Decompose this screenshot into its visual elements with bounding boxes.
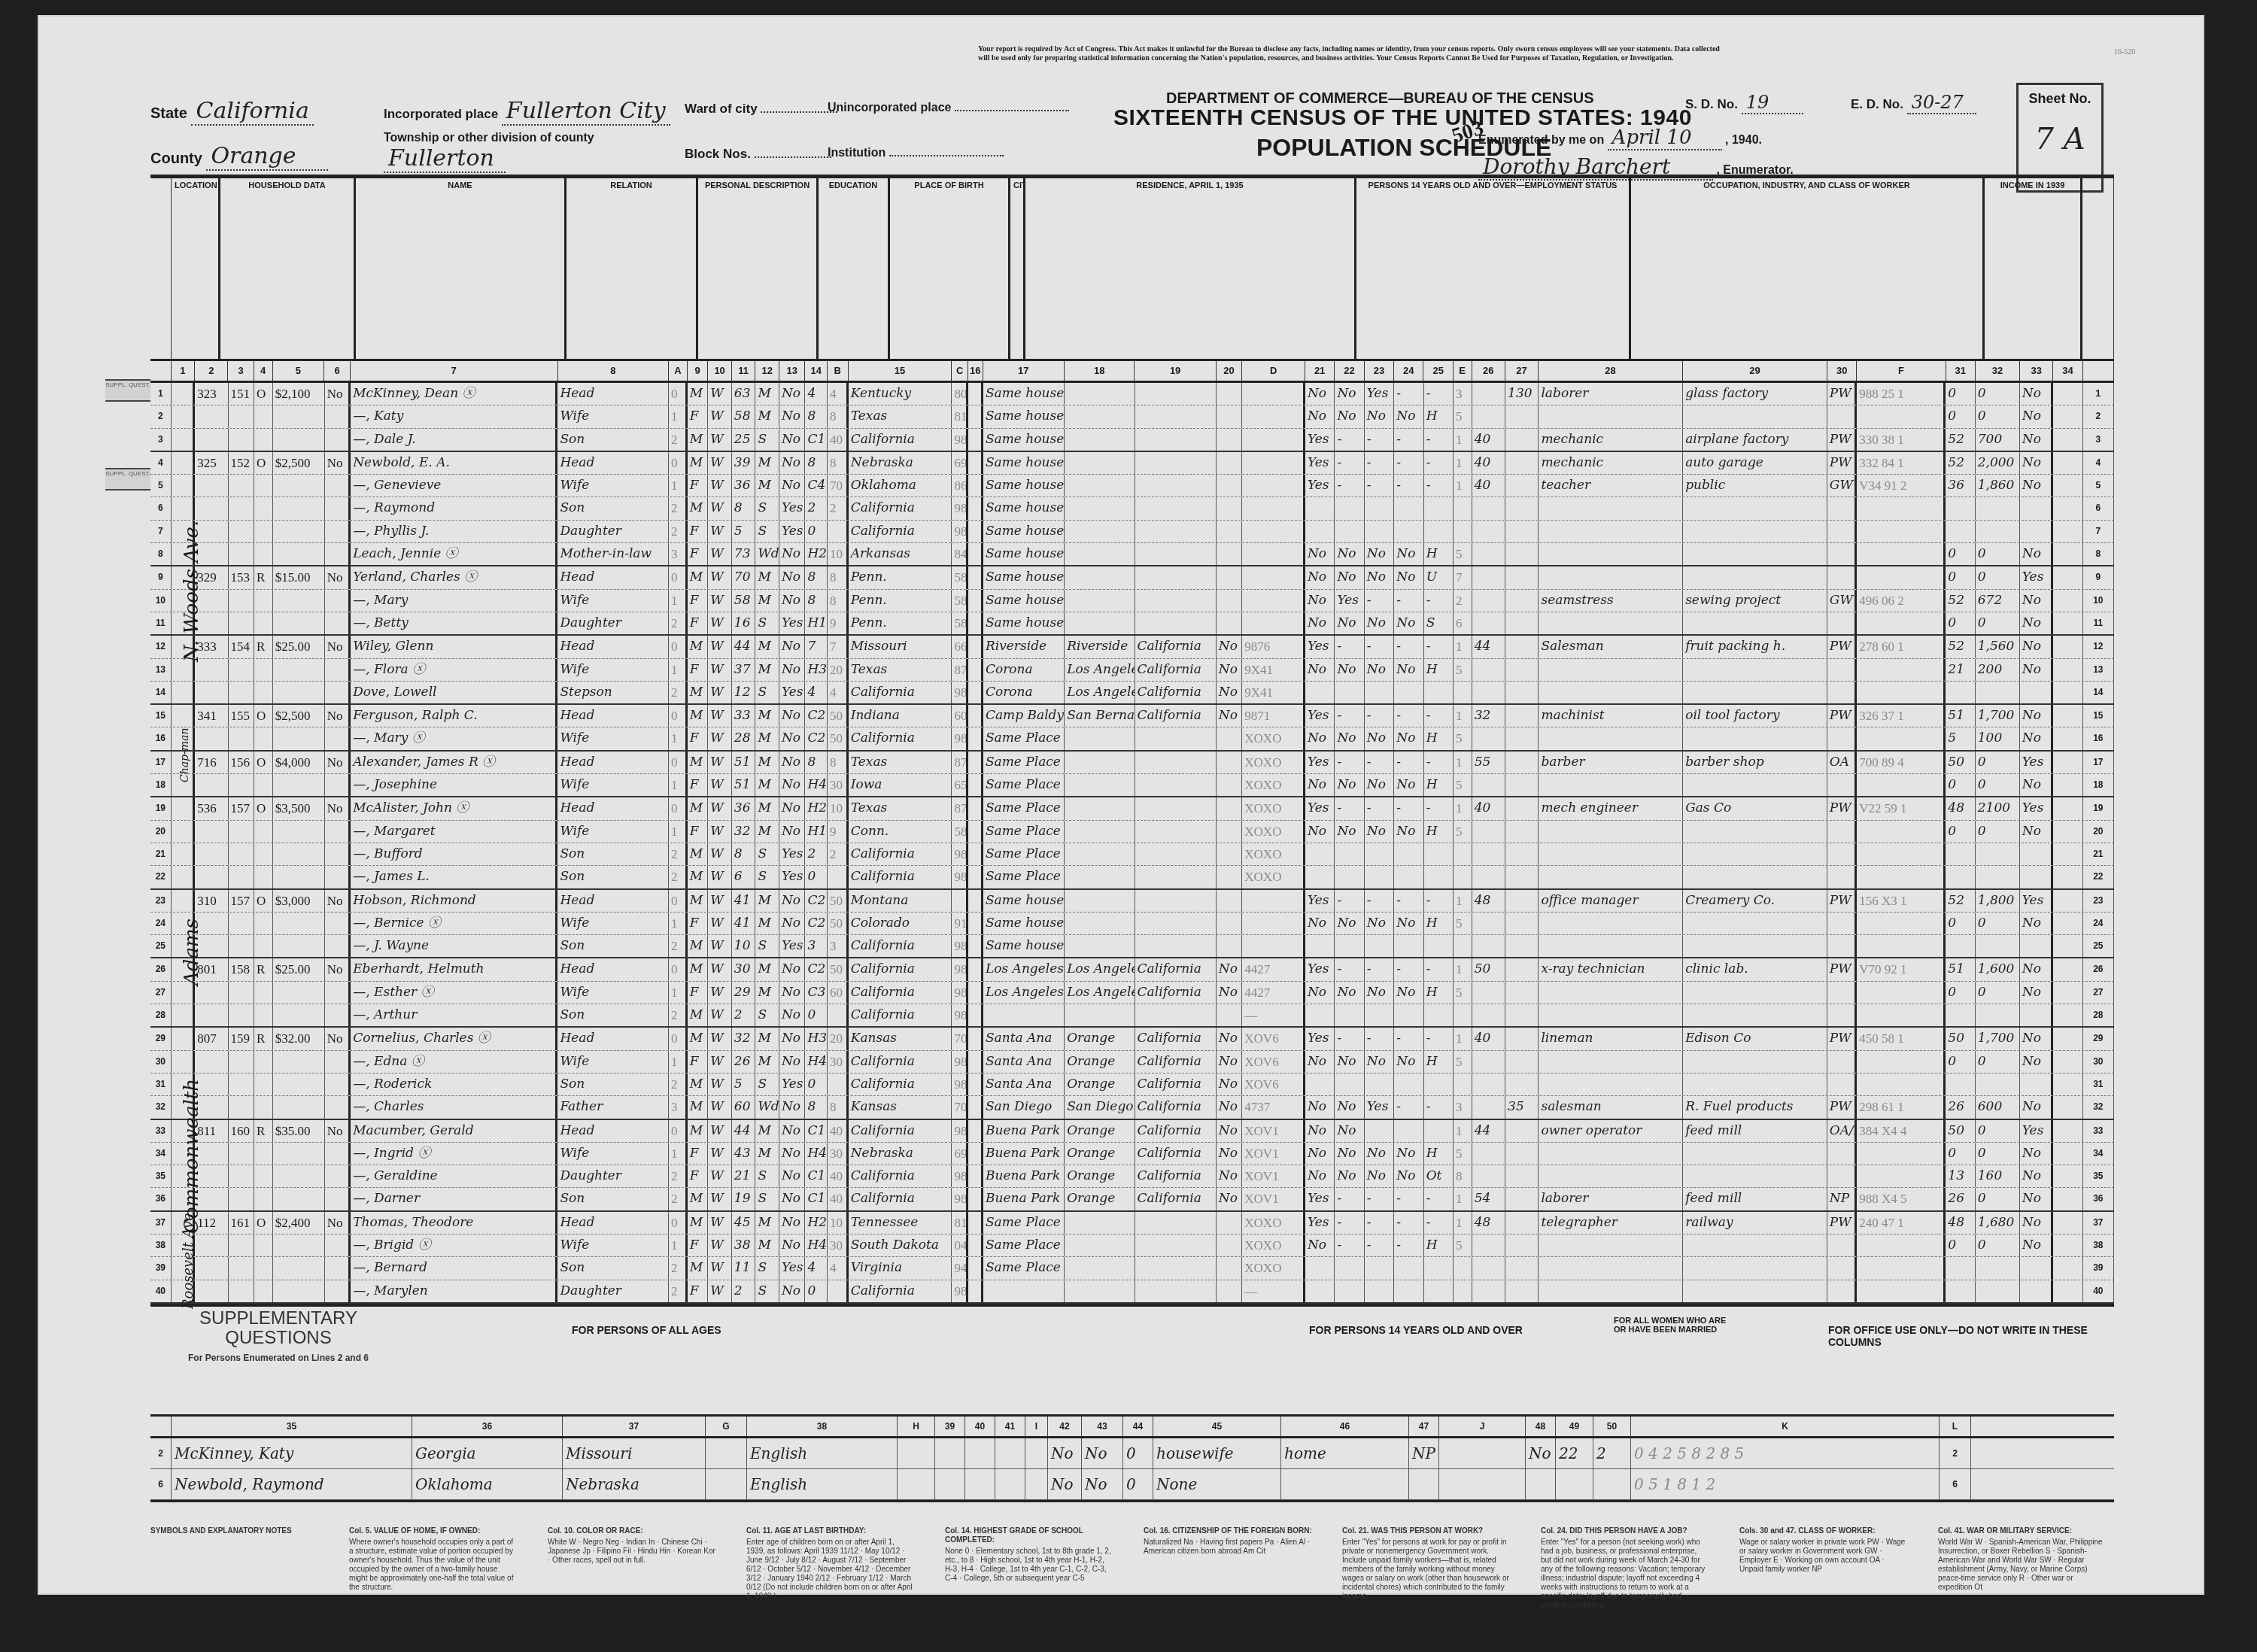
cell-cls: GW	[1827, 475, 1857, 497]
cell-age: 63	[732, 383, 756, 405]
table-row: 32—, CharlesFather3MW60WdNo88Kansas70San…	[150, 1096, 2114, 1119]
cell-value: $3,500	[273, 797, 325, 819]
cell-b	[828, 1073, 849, 1095]
cell-c27	[1505, 1073, 1539, 1095]
cell-mar: S	[755, 935, 779, 957]
cell-grade: 8	[805, 452, 828, 474]
cell-c25: -	[1424, 590, 1454, 612]
line-number: 38	[150, 1234, 172, 1256]
cell-birth: Indiana	[849, 705, 952, 727]
cell-c31: 21	[1946, 659, 1975, 681]
cell-e: 1	[1454, 452, 1472, 474]
cell-occ	[1539, 497, 1683, 519]
cell-hh	[229, 659, 255, 681]
cell-c26	[1472, 1073, 1505, 1095]
cell-ind	[1683, 1165, 1827, 1187]
cell-a: 1	[669, 590, 688, 612]
cell-hh	[229, 1280, 255, 1302]
cell-f: 156 X3 1	[1857, 890, 1946, 912]
cell-res18: Orange	[1065, 1188, 1135, 1210]
cell-ind	[1683, 1234, 1827, 1256]
cell-res18	[1065, 890, 1135, 912]
cell-race: W	[708, 752, 732, 773]
cell-cit	[968, 429, 983, 451]
cell-d: XOXO	[1242, 1257, 1305, 1279]
cell-a: 1	[669, 405, 688, 427]
cell-c32: 100	[1976, 727, 2020, 749]
cell-res19: California	[1135, 659, 1217, 681]
cell-occ	[1539, 1143, 1683, 1165]
supp-column-number: 39	[935, 1417, 965, 1436]
cell-birth: Virginia	[849, 1257, 952, 1279]
sd-label: S. D. No.	[1685, 97, 1738, 111]
cell-sex: M	[688, 1096, 709, 1118]
cell-c32: 0	[1976, 774, 2020, 796]
line-number: 26	[150, 958, 172, 980]
cell-f	[1857, 521, 1946, 542]
all-ages-heading: FOR PERSONS OF ALL AGES	[572, 1324, 721, 1336]
note-block: Col. 11. AGE AT LAST BIRTHDAY:Enter age …	[746, 1527, 915, 1572]
cell-occ	[1539, 866, 1683, 888]
cell-res17	[983, 1004, 1065, 1026]
cell-c21: No	[1305, 1234, 1335, 1256]
column-number: 12	[755, 361, 779, 381]
cell-res20	[1217, 843, 1243, 865]
cell-c: 70	[952, 1028, 968, 1049]
column-number: 19	[1135, 361, 1216, 381]
cell-res18	[1065, 935, 1135, 957]
cell-e: 1	[1454, 890, 1472, 912]
cell-c26	[1472, 543, 1505, 565]
cell-birth: Penn.	[849, 590, 952, 612]
cell-c: 58	[952, 612, 968, 634]
cell-farm	[325, 982, 351, 1004]
cell-sch: No	[779, 982, 806, 1004]
cell-cit	[968, 566, 983, 588]
cell-name: —, James L.	[351, 866, 557, 888]
cell-cls	[1827, 497, 1857, 519]
line-number: 40	[150, 1280, 172, 1302]
cell-name: —, Dale J.	[351, 429, 557, 451]
cell-occ: laborer	[1539, 1188, 1683, 1210]
cell-c21: No	[1305, 543, 1335, 565]
cell-hh	[229, 935, 255, 957]
cell-cit	[968, 935, 983, 957]
cell-sex: M	[688, 429, 709, 451]
cell-rel: Head	[557, 890, 668, 912]
cell-cit	[968, 958, 983, 980]
cell-res19: California	[1135, 1096, 1217, 1118]
cell-c21: Yes	[1305, 636, 1335, 657]
cell-res17: Same house	[983, 890, 1065, 912]
cell-c21: No	[1305, 1143, 1335, 1165]
cell-c22: No	[1335, 913, 1364, 934]
cell-sch: No	[779, 1188, 806, 1210]
column-number: 27	[1505, 361, 1539, 381]
cell-c33: Yes	[2020, 752, 2053, 773]
cell-rel: Son	[557, 866, 668, 888]
cell-b: 8	[828, 566, 849, 588]
cell-a: 1	[669, 774, 688, 796]
suppl-quest-marker-line-6: SUPPL. QUEST.	[105, 468, 150, 490]
cell-age: 8	[732, 843, 756, 865]
cell-own	[254, 682, 273, 703]
cell-rel: Head	[557, 383, 668, 405]
table-row: 28—, ArthurSon2MW2SNo0California98—28	[150, 1004, 2114, 1028]
cell-value	[273, 1257, 325, 1279]
sheet-label: Sheet No.	[2019, 91, 2101, 107]
cell-mar: S	[755, 1004, 779, 1026]
cell-res18: San Diego	[1065, 1096, 1135, 1118]
cell-sch: No	[779, 1143, 806, 1165]
cell-race: W	[708, 821, 732, 843]
cell-c23: -	[1365, 475, 1394, 497]
cell-sex: F	[688, 1234, 709, 1256]
cell-c24	[1394, 1280, 1423, 1302]
sd-field: S. D. No. 19	[1685, 92, 1803, 114]
table-row: 12333154R$25.00NoWiley, GlennHead0MW44MN…	[150, 636, 2114, 658]
cell-c: 98	[952, 1188, 968, 1210]
cell-a: 2	[669, 497, 688, 519]
cell-grade: H2	[805, 797, 828, 819]
cell-c22: -	[1335, 452, 1364, 474]
cell-res19: California	[1135, 636, 1217, 657]
cell-rel: Stepson	[557, 682, 668, 703]
cell-blank	[2053, 383, 2082, 405]
line-number: 19	[150, 797, 172, 819]
supp-column-number: I	[1025, 1417, 1048, 1436]
cell-c24: -	[1394, 752, 1423, 773]
cell-c32: 0	[1976, 821, 2020, 843]
cell-c21: No	[1305, 1120, 1335, 1142]
cell-rel: Son	[557, 1004, 668, 1026]
cell-grade: 7	[805, 636, 828, 657]
cell-d: XOV1	[1242, 1165, 1305, 1187]
cell-sex: M	[688, 566, 709, 588]
cell-c31: 52	[1946, 452, 1975, 474]
cell-c25: S	[1424, 612, 1454, 634]
cell-e: 1	[1454, 958, 1472, 980]
cell-rel: Daughter	[557, 1165, 668, 1187]
cell-blank	[2053, 752, 2082, 773]
cell-cls	[1827, 1280, 1857, 1302]
cell-c33: No	[2020, 383, 2053, 405]
cell-e: 5	[1454, 543, 1472, 565]
cell-house: 536	[195, 797, 228, 819]
cell-sex: F	[688, 821, 709, 843]
cell-street	[172, 843, 196, 865]
column-number: 25	[1423, 361, 1453, 381]
cell-c31: 0	[1946, 543, 1975, 565]
cell-age: 21	[732, 1165, 756, 1187]
cell-d	[1242, 612, 1305, 634]
column-number: 33	[2020, 361, 2053, 381]
cell-sex: F	[688, 982, 709, 1004]
cell-d: —	[1242, 1004, 1305, 1026]
cell-res17: Same Place	[983, 1257, 1065, 1279]
cell-c27	[1505, 429, 1539, 451]
cell-age: 10	[732, 935, 756, 957]
cell-birth: California	[849, 935, 952, 957]
cell-birth: California	[849, 727, 952, 749]
line-number: 28	[150, 1004, 172, 1026]
cell-res17: Santa Ana	[983, 1028, 1065, 1049]
cell-c23: No	[1365, 774, 1394, 796]
cell-c25: H	[1424, 1234, 1454, 1256]
cell-d: XOV1	[1242, 1188, 1305, 1210]
cell-c21: No	[1305, 405, 1335, 427]
cell-c32: 1,680	[1976, 1212, 2020, 1234]
cell-res18	[1065, 1257, 1135, 1279]
cell-ind: glass factory	[1683, 383, 1827, 405]
line-number: 20	[2083, 821, 2114, 843]
cell-blank	[2053, 682, 2082, 703]
cell-c33: No	[2020, 1188, 2053, 1210]
cell-res17: Same house	[983, 452, 1065, 474]
cell-c21	[1305, 682, 1335, 703]
line-number: 26	[2083, 958, 2114, 980]
cell-mar: S	[755, 682, 779, 703]
cell-c33: No	[2020, 727, 2053, 749]
line-number: 1	[150, 383, 172, 405]
cell-c23: No	[1365, 821, 1394, 843]
supp-column-number: 38	[747, 1417, 898, 1436]
cell-cit	[968, 1004, 983, 1026]
cell-c23: Yes	[1365, 1096, 1394, 1118]
cell-farm	[325, 913, 351, 934]
cell-hh	[229, 982, 255, 1004]
cell-c: 98	[952, 1165, 968, 1187]
column-number: 20	[1217, 361, 1242, 381]
cell-c26	[1472, 1257, 1505, 1279]
cell-c33: No	[2020, 612, 2053, 634]
cell-value: $2,100	[273, 383, 325, 405]
cell-c27	[1505, 682, 1539, 703]
cell-f	[1857, 497, 1946, 519]
cell-res20	[1217, 1257, 1243, 1279]
cell-sex: M	[688, 1188, 709, 1210]
cell-occ: mechanic	[1539, 452, 1683, 474]
cell-res20	[1217, 935, 1243, 957]
cell-a: 1	[669, 659, 688, 681]
cell-res19	[1135, 543, 1217, 565]
cell-d: XOXO	[1242, 843, 1305, 865]
cell-sch: Yes	[779, 612, 806, 634]
cell-blank	[2053, 774, 2082, 796]
cell-cit	[968, 636, 983, 657]
cell-age: 44	[732, 636, 756, 657]
cell-race: W	[708, 1280, 732, 1302]
supp-column-number: 50	[1593, 1417, 1631, 1436]
cell-c32	[1976, 843, 2020, 865]
cell-c32: 0	[1976, 1051, 2020, 1073]
cell-c24: -	[1394, 636, 1423, 657]
cell-c27	[1505, 543, 1539, 565]
cell-house	[195, 727, 228, 749]
cell-age: 28	[732, 727, 756, 749]
cell-cls: PW	[1827, 705, 1857, 727]
enumerated-field: Enumerated by me on April 10 , 1940.	[1478, 126, 1762, 150]
cell-c31: 26	[1946, 1188, 1975, 1210]
cell-c24: No	[1394, 405, 1423, 427]
cell-d: 4427	[1242, 982, 1305, 1004]
cell-f: 240 47 1	[1857, 1212, 1946, 1234]
cell-mar: M	[755, 1120, 779, 1142]
cell-rel: Daughter	[557, 521, 668, 542]
cell-res17	[983, 1280, 1065, 1302]
line-number: 32	[2083, 1096, 2114, 1118]
table-row: 13—, Flora ⓧWife1FW37MNoH320Texas87Coron…	[150, 659, 2114, 682]
cell-c23	[1365, 1257, 1394, 1279]
cell-c24	[1394, 1257, 1423, 1279]
cell-res20	[1217, 797, 1243, 819]
cell-c26	[1472, 497, 1505, 519]
cell-res18: Orange	[1065, 1143, 1135, 1165]
cell-race: W	[708, 705, 732, 727]
line-number: 10	[150, 590, 172, 612]
supplementary-title: SUPPLEMENTARY QUESTIONS For Persons Enum…	[166, 1309, 391, 1368]
cell-a: 2	[669, 429, 688, 451]
cell-b: 20	[828, 659, 849, 681]
cell-b	[828, 521, 849, 542]
cell-e	[1454, 497, 1472, 519]
cell-farm	[325, 475, 351, 497]
cell-e: 5	[1454, 1051, 1472, 1073]
cell-grade: H4	[805, 774, 828, 796]
line-number: 17	[150, 752, 172, 773]
ed-field: E. D. No. 30-27	[1851, 92, 1976, 114]
cell-c25: -	[1424, 429, 1454, 451]
line-number: 20	[150, 821, 172, 843]
cell-a: 1	[669, 913, 688, 934]
cell-grade: 4	[805, 1257, 828, 1279]
cell-sex: M	[688, 497, 709, 519]
cell-ind	[1683, 497, 1827, 519]
cell-c21: Yes	[1305, 429, 1335, 451]
line-number: 38	[2083, 1234, 2114, 1256]
cell-own	[254, 982, 273, 1004]
cell-farm	[325, 1143, 351, 1165]
cell-own: R	[254, 1120, 273, 1142]
table-row: 35—, GeraldineDaughter2FW21SNoC140Califo…	[150, 1165, 2114, 1188]
cell-b: 50	[828, 727, 849, 749]
supp-cell-j	[1439, 1438, 1526, 1468]
cell-sex: F	[688, 612, 709, 634]
cell-blank	[2053, 429, 2082, 451]
cell-name: —, Flora ⓧ	[351, 659, 557, 681]
cell-c32	[1976, 1257, 2020, 1279]
cell-blank	[2053, 890, 2082, 912]
column-number: 5	[273, 361, 325, 381]
cell-value: $2,500	[273, 705, 325, 727]
cell-race: W	[708, 1212, 732, 1234]
cell-sch: Yes	[779, 521, 806, 542]
supp-cell-g	[706, 1438, 747, 1468]
cell-c32: 0	[1976, 566, 2020, 588]
cell-own	[254, 429, 273, 451]
cell-age: 41	[732, 890, 756, 912]
cell-b: 40	[828, 1120, 849, 1142]
cell-res19: California	[1135, 705, 1217, 727]
cell-d: 9X41	[1242, 659, 1305, 681]
cell-race: W	[708, 1051, 732, 1073]
cell-c21: Yes	[1305, 705, 1335, 727]
cell-c: 98	[952, 958, 968, 980]
cell-c22: No	[1335, 1051, 1364, 1073]
cell-c: 58	[952, 566, 968, 588]
cell-c23: No	[1365, 982, 1394, 1004]
cell-birth: Oklahoma	[849, 475, 952, 497]
cell-mar: Wd	[755, 543, 779, 565]
cell-race: W	[708, 1096, 732, 1118]
cell-res20: No	[1217, 1188, 1243, 1210]
cell-rel: Head	[557, 797, 668, 819]
supp-cell-c50	[1593, 1469, 1631, 1499]
cell-c31: 0	[1946, 612, 1975, 634]
supplementary-table: 353637G38H394041I424344454647J484950KL 2…	[150, 1414, 2114, 1502]
cell-cls: NP	[1827, 1188, 1857, 1210]
cell-birth: California	[849, 843, 952, 865]
cell-c21	[1305, 1280, 1335, 1302]
cell-c22	[1335, 497, 1364, 519]
cell-f	[1857, 1004, 1946, 1026]
cell-blank	[2053, 727, 2082, 749]
cell-value	[273, 429, 325, 451]
cell-sex: M	[688, 383, 709, 405]
cell-value	[273, 521, 325, 542]
cell-c33: No	[2020, 958, 2053, 980]
cell-mar: S	[755, 866, 779, 888]
cell-sch: No	[779, 727, 806, 749]
line-number: 35	[2083, 1165, 2114, 1187]
note-block: Col. 41. WAR OR MILITARY SERVICE:World W…	[1938, 1527, 2107, 1572]
cell-res17: Buena Park	[983, 1188, 1065, 1210]
cell-rel: Head	[557, 1120, 668, 1142]
cell-b: 70	[828, 475, 849, 497]
cell-own: R	[254, 566, 273, 588]
cell-c32: 600	[1976, 1096, 2020, 1118]
cell-res20	[1217, 521, 1243, 542]
cell-birth: California	[849, 429, 952, 451]
cell-blank	[2053, 497, 2082, 519]
cell-res17: Corona	[983, 659, 1065, 681]
cell-house	[195, 475, 228, 497]
cell-farm: No	[325, 752, 351, 773]
supp-column-number: 48	[1526, 1417, 1556, 1436]
cell-c33: No	[2020, 1143, 2053, 1165]
cell-c26: 48	[1472, 1212, 1505, 1234]
cell-hh	[229, 1234, 255, 1256]
column-number: 7	[351, 361, 558, 381]
cell-sex: M	[688, 958, 709, 980]
cell-mar: M	[755, 1212, 779, 1234]
cell-c23: -	[1365, 705, 1394, 727]
note-body: World War W · Spanish-American War, Phil…	[1938, 1538, 2107, 1593]
line-number: 30	[150, 1051, 172, 1073]
cell-c31: 0	[1946, 774, 1975, 796]
supp-cell-usual_ind: home	[1281, 1438, 1409, 1468]
cell-name: McKinney, Dean ⓧ	[351, 383, 557, 405]
cell-c21: No	[1305, 1165, 1335, 1187]
cell-res19	[1135, 566, 1217, 588]
cell-ind	[1683, 521, 1827, 542]
cell-ind	[1683, 982, 1827, 1004]
cell-cls	[1827, 612, 1857, 634]
cell-sch: No	[779, 774, 806, 796]
cell-c25: -	[1424, 797, 1454, 819]
ward-field: Ward of city	[685, 102, 837, 117]
cell-b: 8	[828, 752, 849, 773]
